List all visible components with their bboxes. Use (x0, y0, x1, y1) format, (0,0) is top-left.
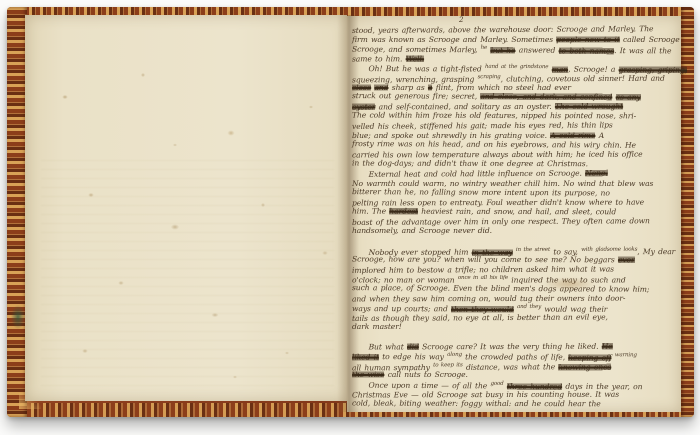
deleted-text: ever (618, 256, 635, 265)
manuscript-words: firm was known as Scrooge and Marley. So… (352, 35, 556, 44)
inserted-text: to keep its (433, 362, 463, 368)
manuscript-words: Christmas Eve — old Scrooge sat busy in … (352, 389, 619, 399)
right-manuscript-page: 2 stood, years afterwards, above the war… (347, 16, 681, 412)
inserted-text: warning (615, 352, 637, 358)
deleted-text: and close, and dark, and confined (480, 92, 612, 102)
green-wear-mark (11, 305, 25, 329)
manuscript-words: flint, from which no steel had ever (432, 83, 571, 92)
manuscript-words: dark master! (352, 322, 402, 331)
manuscript-words: No warmth could warm, no wintry weather … (352, 179, 653, 188)
manuscript-words: such a place, of Scrooge. Even the blind… (352, 283, 649, 294)
inserted-text: scraping (478, 74, 501, 80)
deleted-text: The cold wrought (555, 101, 623, 110)
manuscript-words: tails as though they said, no eye at all… (352, 312, 608, 322)
deleted-text: the wise (352, 370, 384, 379)
gilt-border-left (7, 7, 27, 417)
manuscript-words: him. The (352, 207, 389, 216)
deleted-text: as any (616, 93, 641, 102)
inserted-text: in the street (516, 247, 550, 253)
inserted-text: once in all his life (458, 275, 508, 281)
manuscript-line: cold, bleak, biting weather: foggy witha… (352, 399, 678, 410)
manuscript-words: implored him to bestow a trifle; no chil… (352, 264, 614, 274)
deleted-text: liked it (352, 352, 379, 361)
manuscript-text: stood, years afterwards, above the wareh… (352, 25, 678, 409)
manuscript-words: boast of the advantage over him in only … (352, 216, 650, 227)
manuscript-words: blue; and spoke out shrewdly in his grat… (352, 131, 550, 140)
manuscript-words: Scrooge, how are you? when will you come… (352, 255, 618, 265)
manuscript-book: 2 stood, years afterwards, above the war… (7, 7, 694, 417)
inserted-text: and they (517, 304, 541, 310)
manuscript-words: frosty rime was on his head, and on his … (352, 139, 636, 150)
manuscript-words: Scrooge, and sometimes Marley, (352, 45, 481, 55)
photo-background: 2 stood, years afterwards, above the war… (0, 0, 700, 435)
manuscript-words: call nuts to Scrooge. (384, 370, 467, 379)
inserted-text: with gladsome looks (581, 246, 637, 252)
deleted-text: and (374, 83, 388, 92)
manuscript-words: pelting rain less open to entreaty. Foul… (352, 197, 644, 207)
deleted-text: None. (585, 168, 608, 177)
manuscript-words: heaviest rain, and snow, and hail, and s… (418, 207, 616, 217)
manuscript-words: The cold within him froze his old featur… (352, 111, 636, 121)
ink-smudge (545, 278, 593, 290)
manuscript-words: A (595, 131, 604, 140)
manuscript-words: to edge his way (379, 352, 447, 361)
manuscript-words: in the dog-days; and didn't thaw it one … (352, 159, 588, 169)
left-blank-page (25, 15, 347, 401)
deleted-text: people new to it (556, 35, 619, 44)
manuscript-words: bitterer than he, no falling snow more i… (352, 187, 610, 197)
manuscript-words: Scrooge care? It was the very thing he l… (419, 341, 602, 351)
inserted-text: along (447, 352, 462, 358)
manuscript-words: struck out generous fire; secret, (352, 91, 480, 101)
manuscript-words: stood, years afterwards, above the wareh… (352, 24, 653, 35)
manuscript-words: Once upon a time — of all the (352, 381, 491, 391)
deleted-text: did (407, 342, 419, 351)
ink-showthrough (41, 154, 334, 386)
deleted-text: He (602, 341, 613, 350)
manuscript-words: ways and up courts; and (352, 304, 451, 313)
manuscript-words: handsomely, and Scrooge never did. (352, 226, 492, 235)
page-number: 2 (459, 16, 463, 24)
manuscript-words: called Scrooge (620, 35, 680, 44)
deleted-text: A cold rime (550, 131, 595, 140)
deleted-text: hardest (389, 207, 418, 216)
inserted-text: good (490, 381, 503, 387)
manuscript-words: cold, bleak, biting weather: foggy witha… (352, 399, 601, 409)
manuscript-words: velled his cheek, stiffened his gait; ma… (352, 120, 613, 130)
inserted-text: hand at the grindstone (485, 64, 548, 70)
manuscript-words: sharp as (388, 83, 427, 92)
manuscript-words: External heat and cold had little influe… (352, 169, 585, 179)
manuscript-words: and when they saw him coming on, would t… (352, 293, 625, 303)
